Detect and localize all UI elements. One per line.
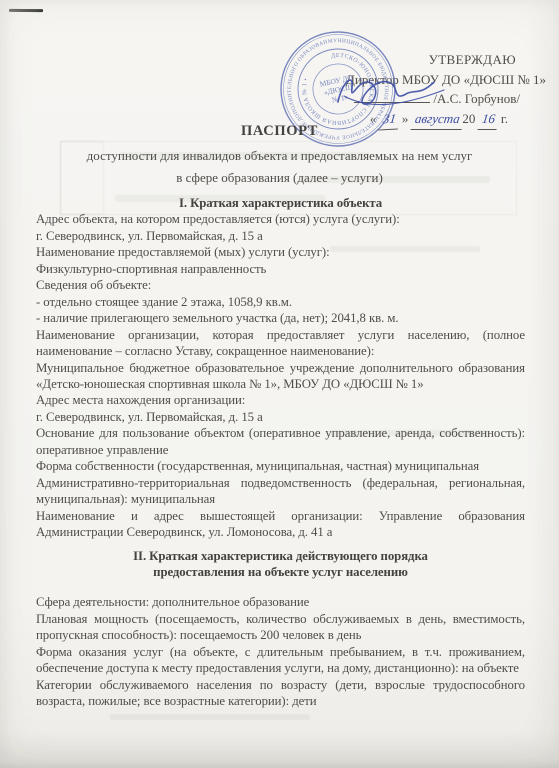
section2-heading-line2: предоставления на объекте услуг населени…	[36, 564, 525, 580]
document-title: ПАСПОРТ	[0, 123, 559, 140]
paragraph: Физкультурно-спортивная направленность	[36, 261, 525, 277]
section1-heading: I. Краткая характеристика объекта	[36, 195, 525, 211]
scan-artifact-mark	[9, 9, 43, 12]
paragraph: Адрес объекта, на котором предоставляетс…	[36, 211, 525, 227]
paragraph: Категории обслуживаемого населения по во…	[36, 677, 525, 710]
document-body: I. Краткая характеристика объекта Адрес …	[36, 195, 525, 710]
paragraph: Плановая мощность (посещаемость, количес…	[36, 611, 525, 644]
title-block: ПАСПОРТ доступности для инвалидов объект…	[0, 123, 559, 187]
paragraph: - наличие прилегающего земельного участк…	[36, 310, 525, 326]
document-subtitle-1: доступности для инвалидов объекта и пред…	[0, 147, 559, 166]
document-subtitle-2: в сфере образования (далее – услуги)	[0, 169, 559, 188]
signature-stroke-flourish	[344, 90, 444, 105]
paragraph: Форма собственности (государственная, му…	[36, 458, 525, 474]
paragraph: Наименование предоставляемой (мых) услуг…	[36, 244, 525, 260]
paragraph: Форма оказания услуг (на объекте, с длит…	[36, 644, 525, 677]
paragraph: Сведения об объекте:	[36, 277, 525, 293]
paragraph: Адрес места нахождения организации:	[36, 392, 525, 408]
paragraph: Административно-территориальная подведом…	[36, 475, 525, 508]
director-signature	[330, 64, 450, 116]
paragraph: Основание для пользование объектом (опер…	[36, 425, 525, 458]
paragraph: Сфера деятельности: дополнительное образ…	[36, 594, 525, 610]
paragraph: - отдельно стоящее здание 2 этажа, 1058,…	[36, 294, 525, 310]
paragraph: Муниципальное бюджетное образовательное …	[36, 360, 525, 393]
paragraph: Наименование и адрес вышестоящей организ…	[36, 508, 525, 541]
document-page: УТВЕРЖДАЮ Директор МБОУ ДО «ДЮСШ № 1» /А…	[0, 0, 559, 768]
signature-stroke-main	[338, 80, 434, 104]
bleedthrough-text-ghost	[110, 714, 310, 720]
paragraph: г. Северодвинск, ул. Первомайская, д. 15…	[36, 228, 525, 244]
paragraph: г. Северодвинск, ул. Первомайская, д. 15…	[36, 409, 525, 425]
section2-heading-line1: II. Краткая характеристика действующего …	[36, 548, 525, 564]
paragraph: Наименование организации, которая предос…	[36, 327, 525, 360]
